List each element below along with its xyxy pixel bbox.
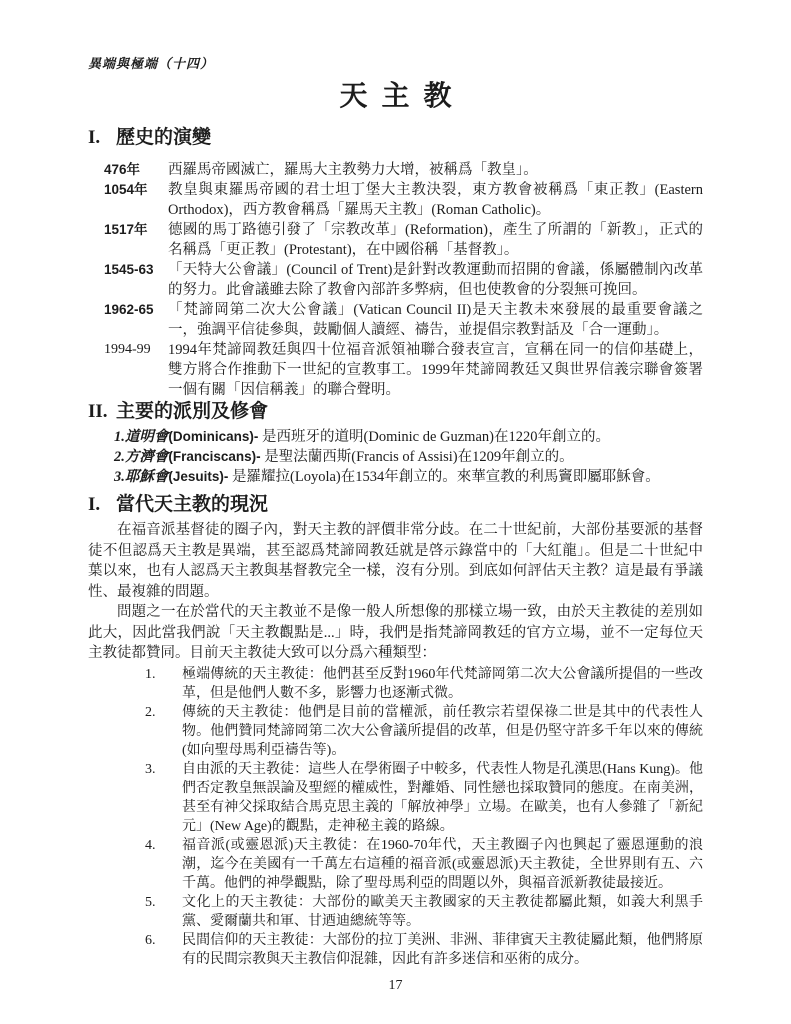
- order-name: 方濟會: [125, 449, 169, 465]
- order-item: 2.方濟會(Franciscans)- 是聖法蘭西斯(Francis of As…: [114, 447, 703, 467]
- order-latin-name: (Jesuits)-: [168, 469, 228, 484]
- order-number: 2.: [114, 449, 125, 465]
- list-item: 2. 傳統的天主教徒：他們是目前的當權派，前任教宗若望保祿二世是其中的代表性人物…: [145, 703, 703, 760]
- order-latin-name: (Dominicans)-: [168, 429, 258, 444]
- section-heading-history: I.歷史的演變: [88, 126, 703, 150]
- list-item-text: 自由派的天主教徒：這些人在學術圈子中較多，代表性人物是孔漢思(Hans Kung…: [182, 760, 703, 836]
- timeline-entry: 1994-99 1994年梵諦岡教廷與四十位福音派領袖聯合發表宣言，宣稱在同一的…: [88, 340, 703, 400]
- order-item: 1.道明會(Dominicans)- 是西班牙的道明(Dominic de Gu…: [114, 427, 703, 447]
- list-item-number: 2.: [145, 703, 182, 760]
- list-item: 6. 民間信仰的天主教徒：大部份的拉丁美洲、非洲、菲律賓天主教徒屬此類，他們將原…: [145, 931, 703, 969]
- body-paragraph: 在福音派基督徒的圈子內，對天主教的評價非常分歧。在二十世紀前，大部份基要派的基督…: [88, 520, 703, 602]
- body-paragraph: 問題之一在於當代的天主教並不是像一般人所想像的那樣立場一致，由於天主教徒的差別如…: [88, 602, 703, 664]
- document-page: 異端與極端（十四） 天主教 I.歷史的演變 476年 西羅馬帝國滅亡，羅馬大主教…: [0, 0, 791, 1024]
- section-number: I.: [88, 126, 116, 150]
- order-description: 是聖法蘭西斯(Francis of Assisi)在1209年創立的。: [264, 449, 573, 465]
- catholic-types-list: 1. 極端傳統的天主教徒：他們甚至反對1960年代梵諦岡第二次大公會議所提倡的一…: [145, 665, 703, 969]
- timeline-entry: 1054年 教皇與東羅馬帝國的君士坦丁堡大主教決裂，東方教會被稱爲「東正教」(E…: [88, 180, 703, 220]
- timeline-year: 1962-65: [88, 300, 168, 340]
- order-latin-name: (Franciscans)-: [168, 449, 260, 464]
- timeline-entry: 1545-63 「天特大公會議」(Council of Trent)是針對改教運…: [88, 260, 703, 300]
- list-item: 3. 自由派的天主教徒：這些人在學術圈子中較多，代表性人物是孔漢思(Hans K…: [145, 760, 703, 836]
- list-item-number: 4.: [145, 836, 182, 893]
- list-item-number: 1.: [145, 665, 182, 703]
- timeline-year: 476年: [88, 160, 168, 180]
- timeline-year: 1054年: [88, 180, 168, 220]
- timeline-year: 1545-63: [88, 260, 168, 300]
- list-item: 1. 極端傳統的天主教徒：他們甚至反對1960年代梵諦岡第二次大公會議所提倡的一…: [145, 665, 703, 703]
- page-title: 天主教: [88, 80, 703, 114]
- section-heading-text: 歷史的演變: [116, 127, 211, 148]
- timeline-year: 1994-99: [88, 340, 168, 400]
- orders-list: 1.道明會(Dominicans)- 是西班牙的道明(Dominic de Gu…: [114, 427, 703, 487]
- section-number: II.: [88, 400, 116, 424]
- section-history: I.歷史的演變 476年 西羅馬帝國滅亡，羅馬大主教勢力大增，被稱爲「教皇」。 …: [88, 126, 703, 400]
- timeline-text: 教皇與東羅馬帝國的君士坦丁堡大主教決裂，東方教會被稱爲「東正教」(Eastern…: [168, 180, 703, 220]
- timeline-year: 1517年: [88, 220, 168, 260]
- page-number: 17: [0, 978, 791, 994]
- section-current-state: I.當代天主教的現況 在福音派基督徒的圈子內，對天主教的評價非常分歧。在二十世紀…: [88, 493, 703, 969]
- section-number: I.: [88, 493, 116, 517]
- section-heading-text: 當代天主教的現況: [116, 494, 268, 515]
- timeline-text: 「梵諦岡第二次大公會議」(Vatican Council II)是天主教未來發展…: [168, 300, 703, 340]
- timeline-entry: 476年 西羅馬帝國滅亡，羅馬大主教勢力大增，被稱爲「教皇」。: [88, 160, 703, 180]
- timeline-text: 西羅馬帝國滅亡，羅馬大主教勢力大增，被稱爲「教皇」。: [168, 160, 703, 180]
- order-name: 道明會: [125, 429, 169, 445]
- running-header: 異端與極端（十四）: [88, 56, 703, 72]
- section-heading-text: 主要的派別及修會: [116, 401, 268, 422]
- section-heading-current: I.當代天主教的現況: [88, 493, 703, 517]
- list-item-text: 福音派(或靈恩派)天主教徒：在1960-70年代，天主教圈子內也興起了靈恩運動的…: [182, 836, 703, 893]
- section-heading-orders: II.主要的派別及修會: [88, 400, 703, 424]
- list-item-text: 極端傳統的天主教徒：他們甚至反對1960年代梵諦岡第二次大公會議所提倡的一些改革…: [182, 665, 703, 703]
- order-number: 3.: [114, 469, 125, 485]
- list-item-number: 6.: [145, 931, 182, 969]
- list-item: 4. 福音派(或靈恩派)天主教徒：在1960-70年代，天主教圈子內也興起了靈恩…: [145, 836, 703, 893]
- timeline-text: 德國的馬丁路德引發了「宗教改革」(Reformation)，產生了所謂的「新教」…: [168, 220, 703, 260]
- order-description: 是羅耀拉(Loyola)在1534年創立的。來華宣教的利馬竇即屬耶穌會。: [232, 469, 660, 485]
- list-item-text: 傳統的天主教徒：他們是目前的當權派，前任教宗若望保祿二世是其中的代表性人物。他們…: [182, 703, 703, 760]
- list-item-text: 民間信仰的天主教徒：大部份的拉丁美洲、非洲、菲律賓天主教徒屬此類，他們將原有的民…: [182, 931, 703, 969]
- history-timeline: 476年 西羅馬帝國滅亡，羅馬大主教勢力大增，被稱爲「教皇」。 1054年 教皇…: [88, 160, 703, 400]
- section-orders: II.主要的派別及修會 1.道明會(Dominicans)- 是西班牙的道明(D…: [88, 400, 703, 487]
- timeline-text: 1994年梵諦岡教廷與四十位福音派領袖聯合發表宣言，宣稱在同一的信仰基礎上，雙方…: [168, 340, 703, 400]
- order-item: 3.耶穌會(Jesuits)- 是羅耀拉(Loyola)在1534年創立的。來華…: [114, 467, 703, 487]
- order-description: 是西班牙的道明(Dominic de Guzman)在1220年創立的。: [262, 429, 610, 445]
- list-item: 5. 文化上的天主教徒：大部份的歐美天主教國家的天主教徒都屬此類，如義大利黑手黨…: [145, 893, 703, 931]
- list-item-text: 文化上的天主教徒：大部份的歐美天主教國家的天主教徒都屬此類，如義大利黑手黨、愛爾…: [182, 893, 703, 931]
- timeline-entry: 1962-65 「梵諦岡第二次大公會議」(Vatican Council II)…: [88, 300, 703, 340]
- list-item-number: 3.: [145, 760, 182, 836]
- list-item-number: 5.: [145, 893, 182, 931]
- order-name: 耶穌會: [125, 469, 169, 485]
- timeline-text: 「天特大公會議」(Council of Trent)是針對改教運動而招開的會議，…: [168, 260, 703, 300]
- timeline-entry: 1517年 德國的馬丁路德引發了「宗教改革」(Reformation)，產生了所…: [88, 220, 703, 260]
- order-number: 1.: [114, 429, 125, 445]
